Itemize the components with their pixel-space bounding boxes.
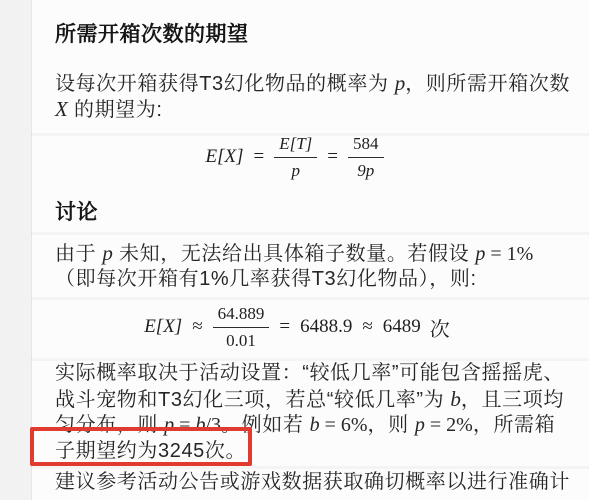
math-lhs: E[X] — [144, 316, 182, 338]
approx-sign: ≈ — [362, 316, 372, 338]
denominator: 0.01 — [226, 328, 256, 351]
text-run: 由于 — [55, 243, 102, 265]
math-inline: b = 6% — [310, 414, 368, 436]
text-run: 战斗宠物和T3幻化三项，若总“较低几率”为 — [55, 389, 450, 411]
text-run: ，则所需开箱次数 — [405, 73, 570, 95]
text-run: 子期望约为3245次。 — [55, 440, 246, 462]
equals-sign: = — [253, 146, 264, 168]
math-inline: p = b/3 — [164, 414, 221, 436]
text-line: 由于 p 未知，无法给出具体箱子数量。若假设 p = 1% — [55, 240, 533, 266]
formula-estimate: E[X] ≈ 64.8890.01 = 6488.9 ≈ 6489 次 — [0, 303, 589, 351]
text-run: 实际概率取决于活动设置：“较低几率”可能包含摇摇虎、 — [55, 362, 564, 384]
text-run: 建议参考活动公告或游戏数据获取确切概率以进行准确计 — [55, 471, 570, 493]
denominator: p — [291, 158, 300, 181]
equals-sign: = — [327, 146, 338, 168]
text-line: X 的期望为: — [55, 96, 570, 122]
text-run: 的期望为: — [68, 99, 163, 121]
text-run: ，所需箱 — [473, 414, 555, 436]
artifact-line — [31, 232, 589, 235]
text-line: 匀分布，则 p = b/3。例如若 b = 6%，则 p = 2%，所需箱 — [55, 412, 564, 438]
math-var-p: p — [395, 71, 406, 95]
numerator: E[T] — [274, 134, 317, 158]
text-line: （即每次开箱有1%几率获得T3幻化物品），则: — [55, 266, 533, 292]
fraction: 64.8890.01 — [213, 304, 270, 351]
text-run: 。例如若 — [221, 414, 310, 436]
artifact-line — [31, 297, 589, 300]
math-run: = 6% — [320, 414, 368, 436]
fraction: 5849p — [348, 134, 384, 181]
math-var-b: b — [450, 387, 461, 411]
equals-sign: = — [279, 316, 290, 338]
heading-discussion: 讨论 — [55, 196, 98, 226]
math-var-p: p — [102, 241, 113, 265]
math-var-b: b — [195, 414, 205, 436]
unit-label: 次 — [430, 313, 450, 342]
text-line-highlighted: 子期望约为3245次。 — [55, 438, 564, 464]
text-line: 实际概率取决于活动设置：“较低几率”可能包含摇摇虎、 — [55, 360, 564, 386]
math-number: 6488.9 — [300, 316, 352, 338]
text-run: 设每次开箱获得T3幻化物品的概率为 — [55, 73, 395, 95]
math-var-X: X — [55, 97, 68, 121]
text-run: 匀分布，则 — [55, 414, 164, 436]
approx-sign: ≈ — [192, 316, 202, 338]
text-run: ，且三项均 — [461, 389, 564, 411]
math-var-p: p — [475, 243, 485, 265]
math-run: = 1% — [485, 243, 533, 265]
text-line: 建议参考活动公告或游戏数据获取确切概率以进行准确计 — [55, 469, 570, 495]
math-run: = — [174, 414, 195, 436]
heading-expected-opens: 所需开箱次数的期望 — [55, 18, 249, 48]
formula-expectation: E[X] = E[T]p = 5849p — [0, 130, 589, 184]
math-lhs: E[X] — [205, 146, 243, 168]
denominator: 9p — [357, 158, 374, 181]
left-gutter — [0, 0, 32, 500]
paragraph-assumption: 由于 p 未知，无法给出具体箱子数量。若假设 p = 1% （即每次开箱有1%几… — [55, 240, 533, 292]
fraction: E[T]p — [274, 134, 317, 181]
numerator: 64.889 — [213, 304, 270, 328]
math-var-p: p — [415, 414, 425, 436]
numerator: 584 — [348, 134, 384, 158]
text-line: 战斗宠物和T3幻化三项，若总“较低几率”为 b，且三项均 — [55, 386, 564, 412]
text-run: （即每次开箱有1%几率获得T3幻化物品），则: — [55, 268, 477, 290]
text-run: ，则 — [368, 414, 415, 436]
math-inline: p = 2% — [415, 414, 473, 436]
paragraph-actual-probability: 实际概率取决于活动设置：“较低几率”可能包含摇摇虎、 战斗宠物和T3幻化三项，若… — [55, 360, 564, 464]
math-number: 6489 — [383, 316, 421, 338]
math-var-p: p — [164, 414, 174, 436]
math-var-b: b — [310, 414, 320, 436]
text-line: 设每次开箱获得T3幻化物品的概率为 p，则所需开箱次数 — [55, 70, 570, 96]
math-run: = 2% — [425, 414, 473, 436]
paragraph-setup: 设每次开箱获得T3幻化物品的概率为 p，则所需开箱次数 X 的期望为: — [55, 70, 570, 122]
paragraph-recommendation: 建议参考活动公告或游戏数据获取确切概率以进行准确计 — [55, 469, 570, 495]
text-run: 未知，无法给出具体箱子数量。若假设 — [113, 243, 476, 265]
math-run: /3 — [205, 414, 221, 436]
math-inline: p = 1% — [475, 243, 533, 265]
